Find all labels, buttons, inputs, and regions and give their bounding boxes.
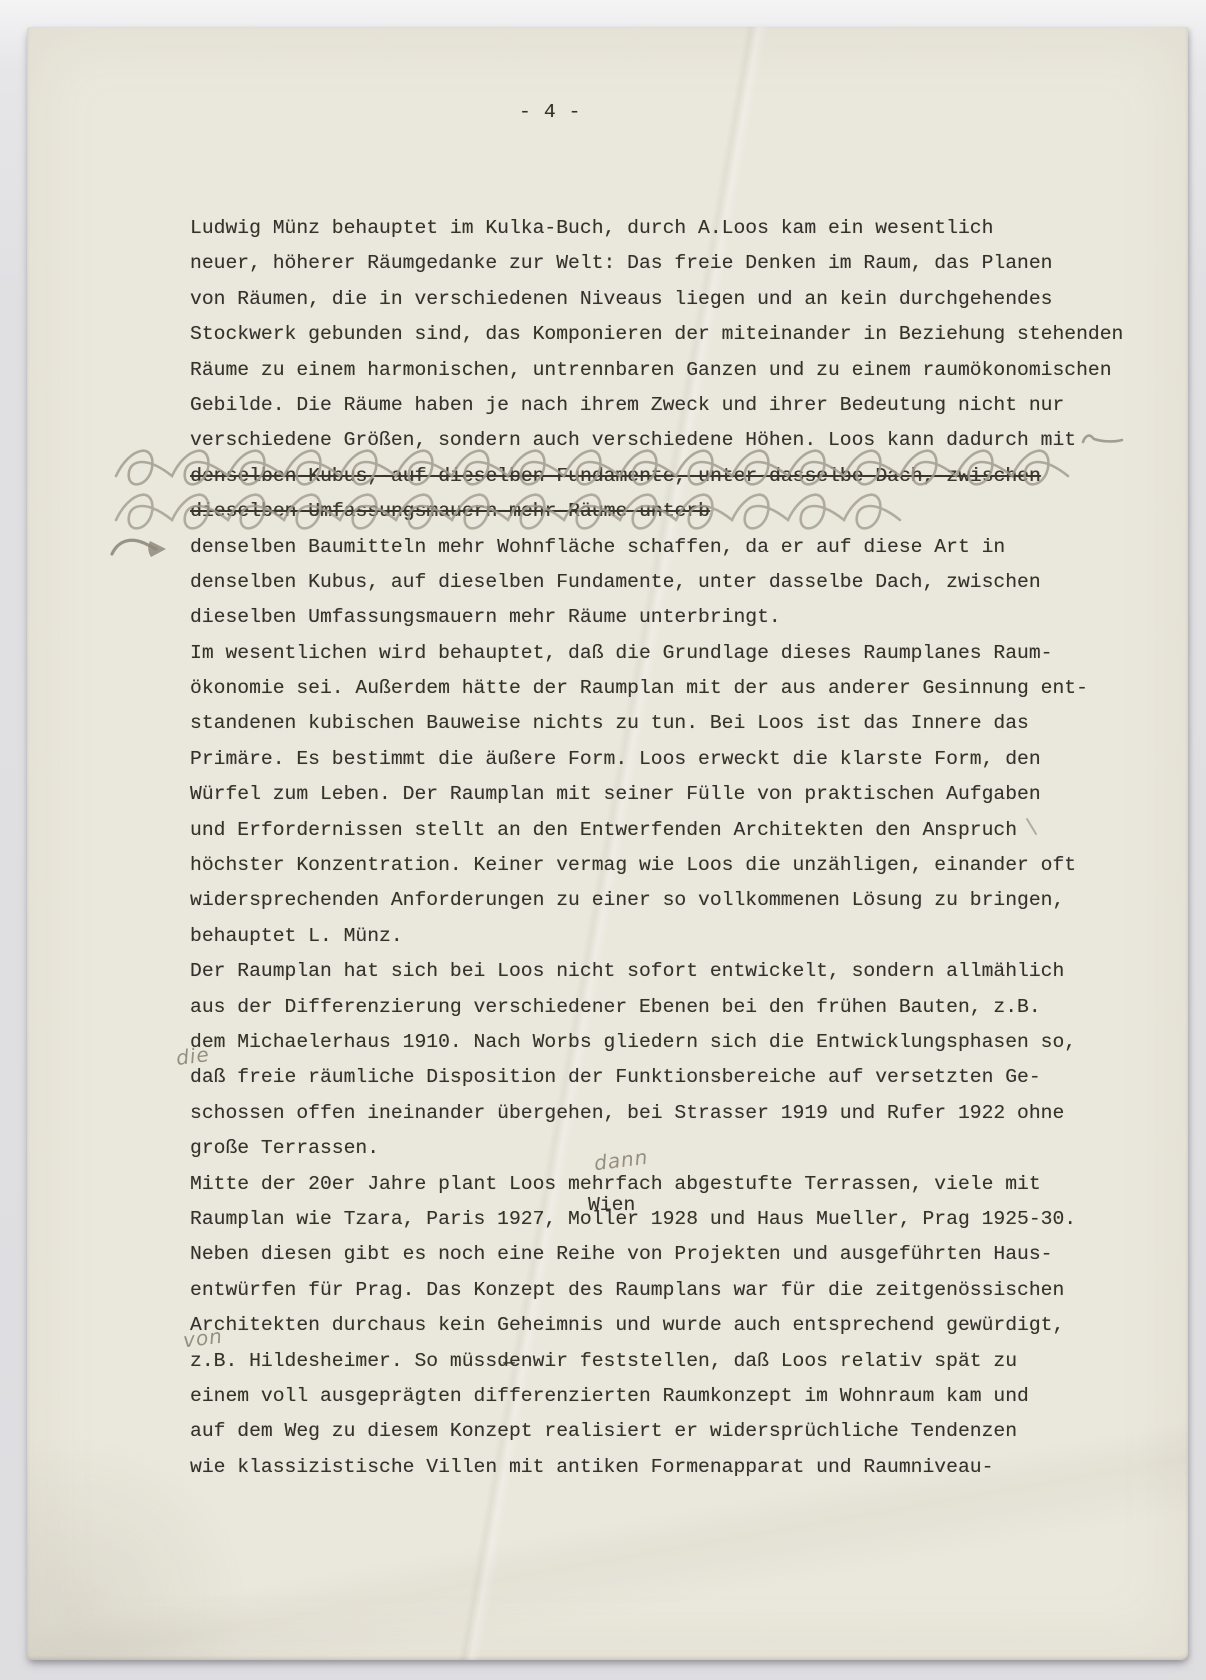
- page-number: - 4 -: [519, 101, 581, 123]
- struck-text-line: dieselben-Umfassungsmauern-mehr-Räume-un…: [190, 494, 1150, 529]
- text-line: Primäre. Es bestimmt die äußere Form. Lo…: [190, 742, 1150, 777]
- text-line: Raumplan wie Tzara, Paris 1927, Moller 1…: [190, 1202, 1150, 1237]
- text-line: entwürfen für Prag. Das Konzept des Raum…: [190, 1273, 1150, 1308]
- text-line: höchster Konzentration. Keiner vermag wi…: [190, 848, 1150, 883]
- text-line: z.B. Hildesheimer. So müssd̶enwir festst…: [190, 1344, 1150, 1379]
- text-line: standenen kubischen Bauweise nichts zu t…: [190, 706, 1150, 741]
- text-line: widersprechenden Anforderungen zu einer …: [190, 883, 1150, 918]
- text-line: Räume zu einem harmonischen, untrennbare…: [190, 353, 1150, 388]
- text-line: Ludwig Münz behauptet im Kulka-Buch, dur…: [190, 211, 1150, 246]
- text-line: dem Michaelerhaus 1910. Nach Worbs glied…: [190, 1025, 1150, 1060]
- text-line: auf dem Weg zu diesem Konzept realisiert…: [190, 1414, 1150, 1449]
- text-line: schossen offen ineinander übergehen, bei…: [190, 1096, 1150, 1131]
- text-line: daß freie räumliche Disposition der Funk…: [190, 1060, 1150, 1095]
- text-line: Neben diesen gibt es noch eine Reihe von…: [190, 1237, 1150, 1272]
- text-line: Architekten durchaus kein Geheimnis und …: [190, 1308, 1150, 1343]
- text-line: behauptet L. Münz.: [190, 919, 1150, 954]
- text-line: denselben Kubus, auf dieselben Fundament…: [190, 565, 1150, 600]
- text-line: von Räumen, die in verschiedenen Niveaus…: [190, 282, 1150, 317]
- text-line: und Erfordernissen stellt an den Entwerf…: [190, 813, 1150, 848]
- text-block: Ludwig Münz behauptet im Kulka-Buch, dur…: [190, 211, 1150, 1485]
- text-line: denselben Baumitteln mehr Wohnfläche sch…: [190, 530, 1150, 565]
- text-line: Gebilde. Die Räume haben je nach ihrem Z…: [190, 388, 1150, 423]
- text-line: verschiedene Größen, sondern auch versch…: [190, 423, 1150, 458]
- text-line: Der Raumplan hat sich bei Loos nicht sof…: [190, 954, 1150, 989]
- text-line: große Terrassen.: [190, 1131, 1150, 1166]
- text-line: dieselben Umfassungsmauern mehr Räume un…: [190, 600, 1150, 635]
- text-line: Mitte der 20er Jahre plant Loos mehrfach…: [190, 1167, 1150, 1202]
- text-line: wie klassizistische Villen mit antiken F…: [190, 1450, 1150, 1485]
- text-line: Würfel zum Leben. Der Raumplan mit seine…: [190, 777, 1150, 812]
- struck-text-line: denselben-Kubus,-auf-dieselben-Fundament…: [190, 459, 1150, 494]
- text-line: aus der Differenzierung verschiedener Eb…: [190, 990, 1150, 1025]
- text-line: Stockwerk gebunden sind, das Komponieren…: [190, 317, 1150, 352]
- text-line: einem voll ausgeprägten differenzierten …: [190, 1379, 1150, 1414]
- text-line: neuer, höherer Räumgedanke zur Welt: Das…: [190, 246, 1150, 281]
- text-line: ökonomie sei. Außerdem hätte der Raumpla…: [190, 671, 1150, 706]
- text-line: Im wesentlichen wird behauptet, daß die …: [190, 636, 1150, 671]
